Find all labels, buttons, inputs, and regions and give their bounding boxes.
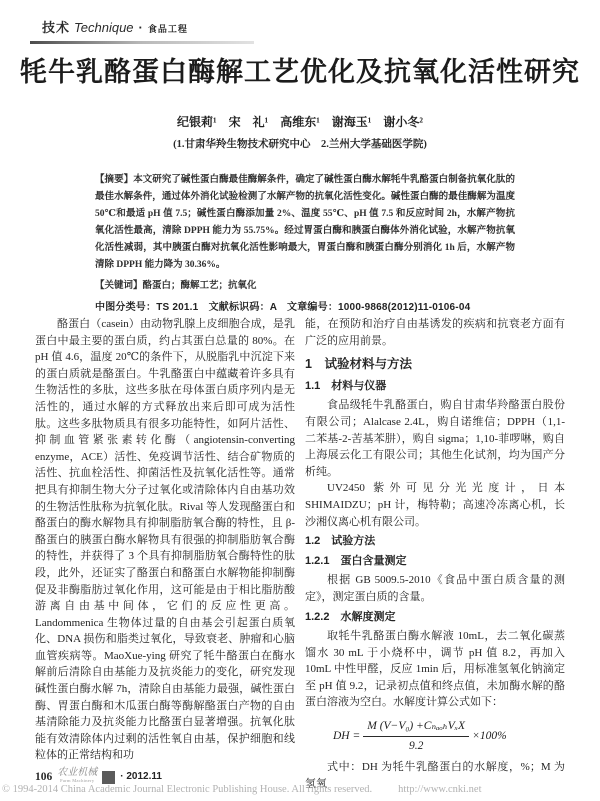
paragraph-protein-assay: 根据 GB 5009.5-2010《食品中蛋白质含量的测定》，测定蛋白质的含量。 xyxy=(305,572,565,605)
section-heading-methods: 1 试验材料与方法 xyxy=(305,356,565,373)
affiliation-line: (1.甘肃华羚生物技术研究中心 2.兰州大学基础医学院) xyxy=(0,136,600,151)
dh-formula: DH = M (V−V₀) +CₙₐₒₕVₓX 9.2 ×100% xyxy=(333,718,565,754)
copyright-bar: © 1994-2014 China Academic Journal Elect… xyxy=(2,784,598,795)
keywords-line: 【关键词】酪蛋白；酶解工艺；抗氧化 xyxy=(95,277,515,295)
body-columns: 酪蛋白（casein）由动物乳腺上皮细胞合成，是乳蛋白中最主要的蛋白质，约占其蛋… xyxy=(35,316,565,792)
abstract-label: 【摘要】 xyxy=(95,174,133,185)
abstract-block: 【摘要】本文研究了碱性蛋白酶最佳酶解条件，确定了碱性蛋白酶水解牦牛乳酪蛋白制备抗… xyxy=(95,171,515,316)
section-label-cn: 技术 xyxy=(42,20,70,35)
paragraph-materials: 食品级牦牛乳酪蛋白，购自甘肃华羚酪蛋白股份有限公司；Alalcase 2.4L，… xyxy=(305,397,565,480)
copyright-text: © 1994-2014 China Academic Journal Elect… xyxy=(2,784,372,795)
formula-lhs: DH = xyxy=(333,728,360,745)
section-heading-protein-assay: 1.2.1 蛋白含量测定 xyxy=(305,553,565,570)
formula-suffix: ×100% xyxy=(472,728,507,745)
classification-line: 中图分类号：TS 201.1 文献标识码：A 文章编号：1000-9868(20… xyxy=(95,299,515,316)
abstract-text: 本文研究了碱性蛋白酶最佳酶解条件，确定了碱性蛋白酶水解牦牛乳酪蛋白制备抗氧化肽的… xyxy=(95,175,515,270)
cnki-url: http://www.cnki.net xyxy=(398,784,481,795)
paragraph-instruments: UV2450 紫外可见分光光度计，日本 SHIMAIDZU；pH 计，梅特勒；高… xyxy=(305,480,565,530)
page-title: 牦牛乳酪蛋白酶解工艺优化及抗氧化活性研究 xyxy=(0,50,600,89)
section-heading-test-methods: 1.2 试验方法 xyxy=(305,533,565,550)
formula-numerator: M (V−V₀) +CₙₐₒₕVₓX xyxy=(363,718,469,737)
abstract-paragraph: 【摘要】本文研究了碱性蛋白酶最佳酶解条件，确定了碱性蛋白酶水解牦牛乳酪蛋白制备抗… xyxy=(95,171,515,274)
section-category: 食品工程 xyxy=(148,24,188,34)
intro-paragraph: 酪蛋白（casein）由动物乳腺上皮细胞合成，是乳蛋白中最主要的蛋白质，约占其蛋… xyxy=(35,316,295,764)
formula-denominator: 9.2 xyxy=(409,737,423,755)
formula-fraction: M (V−V₀) +CₙₐₒₕVₓX 9.2 xyxy=(363,718,469,754)
section-heading-hydrolysis-degree: 1.2.2 水解度测定 xyxy=(305,609,565,626)
right-column: 能，在预防和治疗自由基诱发的疾病和抗衰老方面有广泛的应用前景。 1 试验材料与方… xyxy=(305,316,565,792)
section-separator: · xyxy=(139,20,143,35)
section-heading-materials: 1.1 材料与仪器 xyxy=(305,378,565,395)
paper-page: 技术Technique·食品工程 牦牛乳酪蛋白酶解工艺优化及抗氧化活性研究 纪银… xyxy=(0,0,600,801)
left-column: 酪蛋白（casein）由动物乳腺上皮细胞合成，是乳蛋白中最主要的蛋白质，约占其蛋… xyxy=(35,316,295,792)
journal-section-header: 技术Technique·食品工程 xyxy=(42,17,188,36)
journal-badge-icon xyxy=(102,771,115,784)
authors-line: 纪银莉¹ 宋 礼¹ 高维东¹ 谢海玉¹ 谢小冬² xyxy=(0,113,600,130)
paragraph-hydrolysis: 取牦牛乳酪蛋白酶水解液 10mL，去二氧化碳蒸馏水 30 mL 于小烧杯中，调节… xyxy=(305,628,565,711)
header-divider xyxy=(30,41,254,44)
keywords-text: 酪蛋白；酶解工艺；抗氧化 xyxy=(143,281,257,291)
section-label-en: Technique xyxy=(74,20,134,35)
journal-logo: 农业机械 Farm Machinery xyxy=(57,769,97,785)
continuation-paragraph: 能，在预防和治疗自由基诱发的疾病和抗衰老方面有广泛的应用前景。 xyxy=(305,316,565,349)
keywords-label: 【关键词】 xyxy=(95,280,143,291)
